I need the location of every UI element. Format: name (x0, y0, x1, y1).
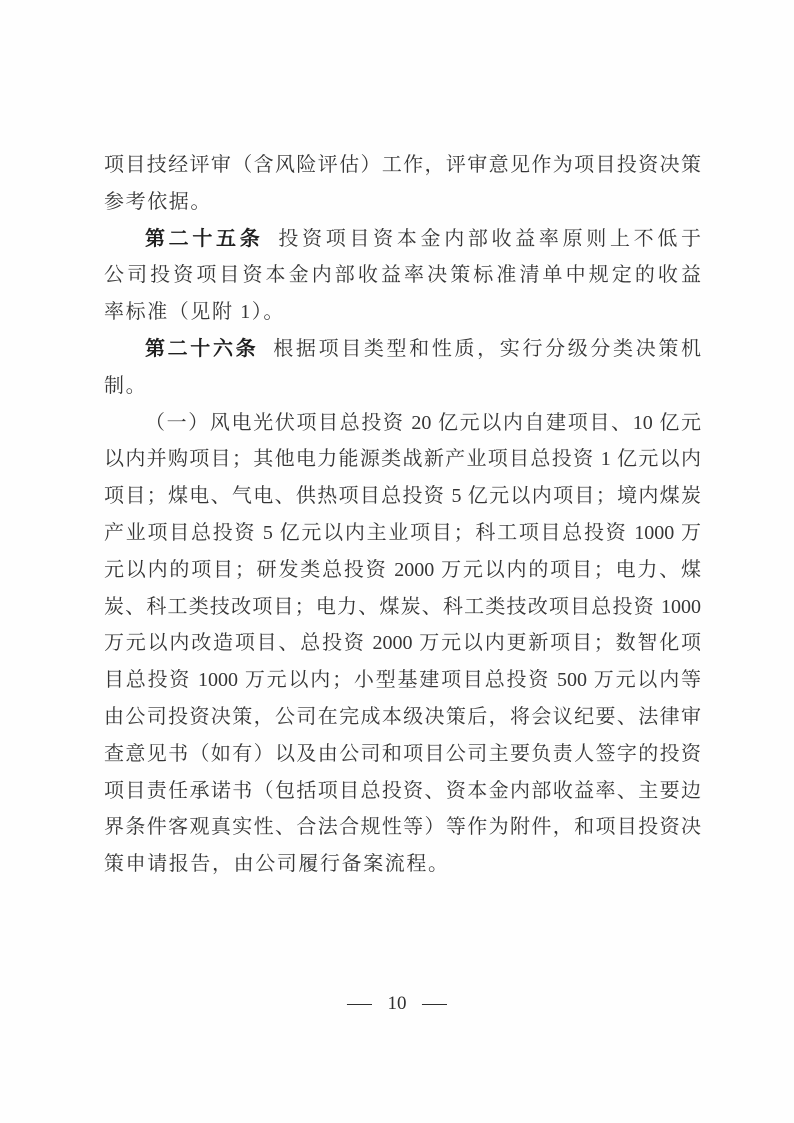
text-line: 以内并购项目；其他电力能源类战新产业项目总投资 1 亿元以内 (104, 441, 701, 478)
article-heading: 第二十六条 (145, 338, 258, 360)
paragraph-para-continuation: 项目技经评审（含风险评估）工作，评审意见作为项目投资决策参考依据。 (104, 147, 701, 221)
article-heading: 第二十五条 (145, 228, 263, 250)
text-line: 产业项目总投资 5 亿元以内主业项目；科工项目总投资 1000 万 (104, 515, 701, 552)
paragraph-item-1: （一）风电光伏项目总投资 20 亿元以内自建项目、10 亿元以内并购项目；其他电… (104, 405, 701, 883)
text-line-content: 投资项目资本金内部收益率原则上不低于 (278, 228, 701, 250)
page-footer: — 10 — (0, 993, 794, 1015)
document-body: 项目技经评审（含风险评估）工作，评审意见作为项目投资决策参考依据。第二十五条投资… (104, 147, 701, 883)
text-line: 项目技经评审（含风险评估）工作，评审意见作为项目投资决策 (104, 147, 701, 184)
text-line: 界条件客观真实性、合法合规性等）等作为附件，和项目投资决 (104, 809, 701, 846)
page-number: 10 (388, 993, 407, 1015)
text-line: 参考依据。 (104, 184, 701, 221)
paragraph-article-25: 第二十五条投资项目资本金内部收益率原则上不低于公司投资项目资本金内部收益率决策标… (104, 221, 701, 331)
text-line: 制。 (104, 368, 701, 405)
footer-dash-left: — (347, 993, 372, 1015)
text-line: 万元以内改造项目、总投资 2000 万元以内更新项目；数智化项 (104, 625, 701, 662)
text-line-content: 根据项目类型和性质，实行分级分类决策机 (273, 338, 701, 360)
text-line: 目总投资 1000 万元以内；小型基建项目总投资 500 万元以内等 (104, 662, 701, 699)
text-line: 项目责任承诺书（包括项目总投资、资本金内部收益率、主要边 (104, 773, 701, 810)
text-line: 公司投资项目资本金内部收益率决策标准清单中规定的收益 (104, 257, 701, 294)
text-line: 项目；煤电、气电、供热项目总投资 5 亿元以内项目；境内煤炭 (104, 478, 701, 515)
text-line: 第二十五条投资项目资本金内部收益率原则上不低于 (104, 221, 701, 258)
footer-dash-right: — (422, 993, 447, 1015)
paragraph-article-26: 第二十六条根据项目类型和性质，实行分级分类决策机制。 (104, 331, 701, 405)
text-line: 元以内的项目；研发类总投资 2000 万元以内的项目；电力、煤 (104, 552, 701, 589)
text-line: 策申请报告，由公司履行备案流程。 (104, 846, 701, 883)
text-line: （一）风电光伏项目总投资 20 亿元以内自建项目、10 亿元 (104, 405, 701, 442)
text-line: 炭、科工类技改项目；电力、煤炭、科工类技改项目总投资 1000 (104, 589, 701, 626)
text-line: 查意见书（如有）以及由公司和项目公司主要负责人签字的投资 (104, 736, 701, 773)
document-page: 项目技经评审（含风险评估）工作，评审意见作为项目投资决策参考依据。第二十五条投资… (0, 0, 794, 1123)
text-line: 率标准（见附 1）。 (104, 294, 701, 331)
text-line: 第二十六条根据项目类型和性质，实行分级分类决策机 (104, 331, 701, 368)
text-line: 由公司投资决策，公司在完成本级决策后，将会议纪要、法律审 (104, 699, 701, 736)
